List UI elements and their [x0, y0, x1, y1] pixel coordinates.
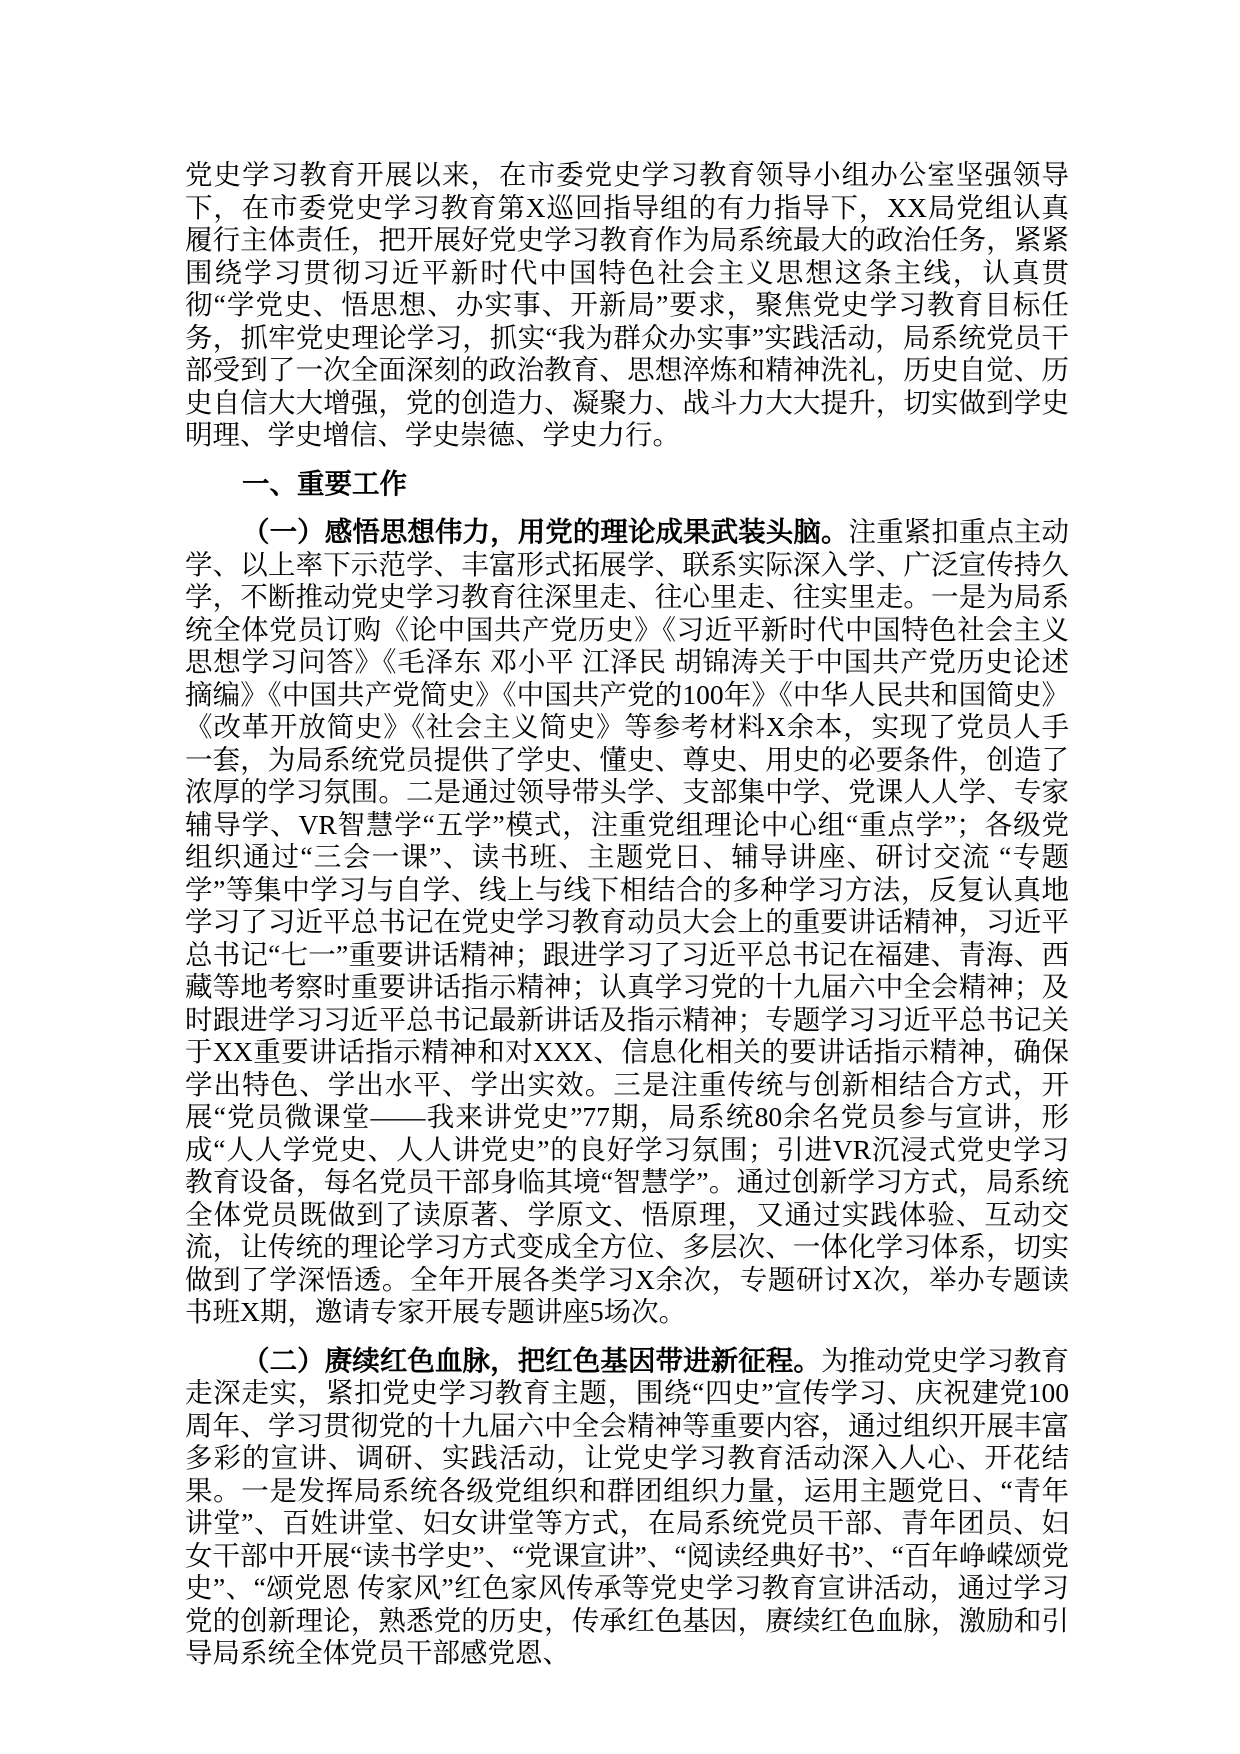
paragraph-1: （一）感悟思想伟力，用党的理论成果武装头脑。注重紧扣重点主动学、以上率下示范学、… [185, 516, 1069, 1329]
paragraph-2: （二）赓续红色血脉，把红色基因带进新征程。为推动党史学习教育走深走实，紧扣党史学… [185, 1345, 1069, 1670]
paragraph-1-body: 注重紧扣重点主动学、以上率下示范学、丰富形式拓展学、联系实际深入学、广泛宣传持久… [185, 516, 1069, 1327]
paragraph-1-lead: （一）感悟思想伟力，用党的理论成果武装头脑。 [242, 516, 849, 547]
paragraph-2-lead: （二）赓续红色血脉，把红色基因带进新征程。 [242, 1345, 821, 1376]
document-page: 党史学习教育开展以来，在市委党史学习教育领导小组办公室坚强领导下，在市委党史学习… [0, 0, 1240, 1754]
intro-paragraph: 党史学习教育开展以来，在市委党史学习教育领导小组办公室坚强领导下，在市委党史学习… [185, 159, 1069, 452]
document-body: 党史学习教育开展以来，在市委党史学习教育领导小组办公室坚强领导下，在市委党史学习… [185, 159, 1069, 1686]
paragraph-2-body: 为推动党史学习教育走深走实，紧扣党史学习教育主题，围绕“四史”宣传学习、庆祝建党… [185, 1345, 1069, 1669]
section-heading: 一、重要工作 [185, 468, 1069, 501]
